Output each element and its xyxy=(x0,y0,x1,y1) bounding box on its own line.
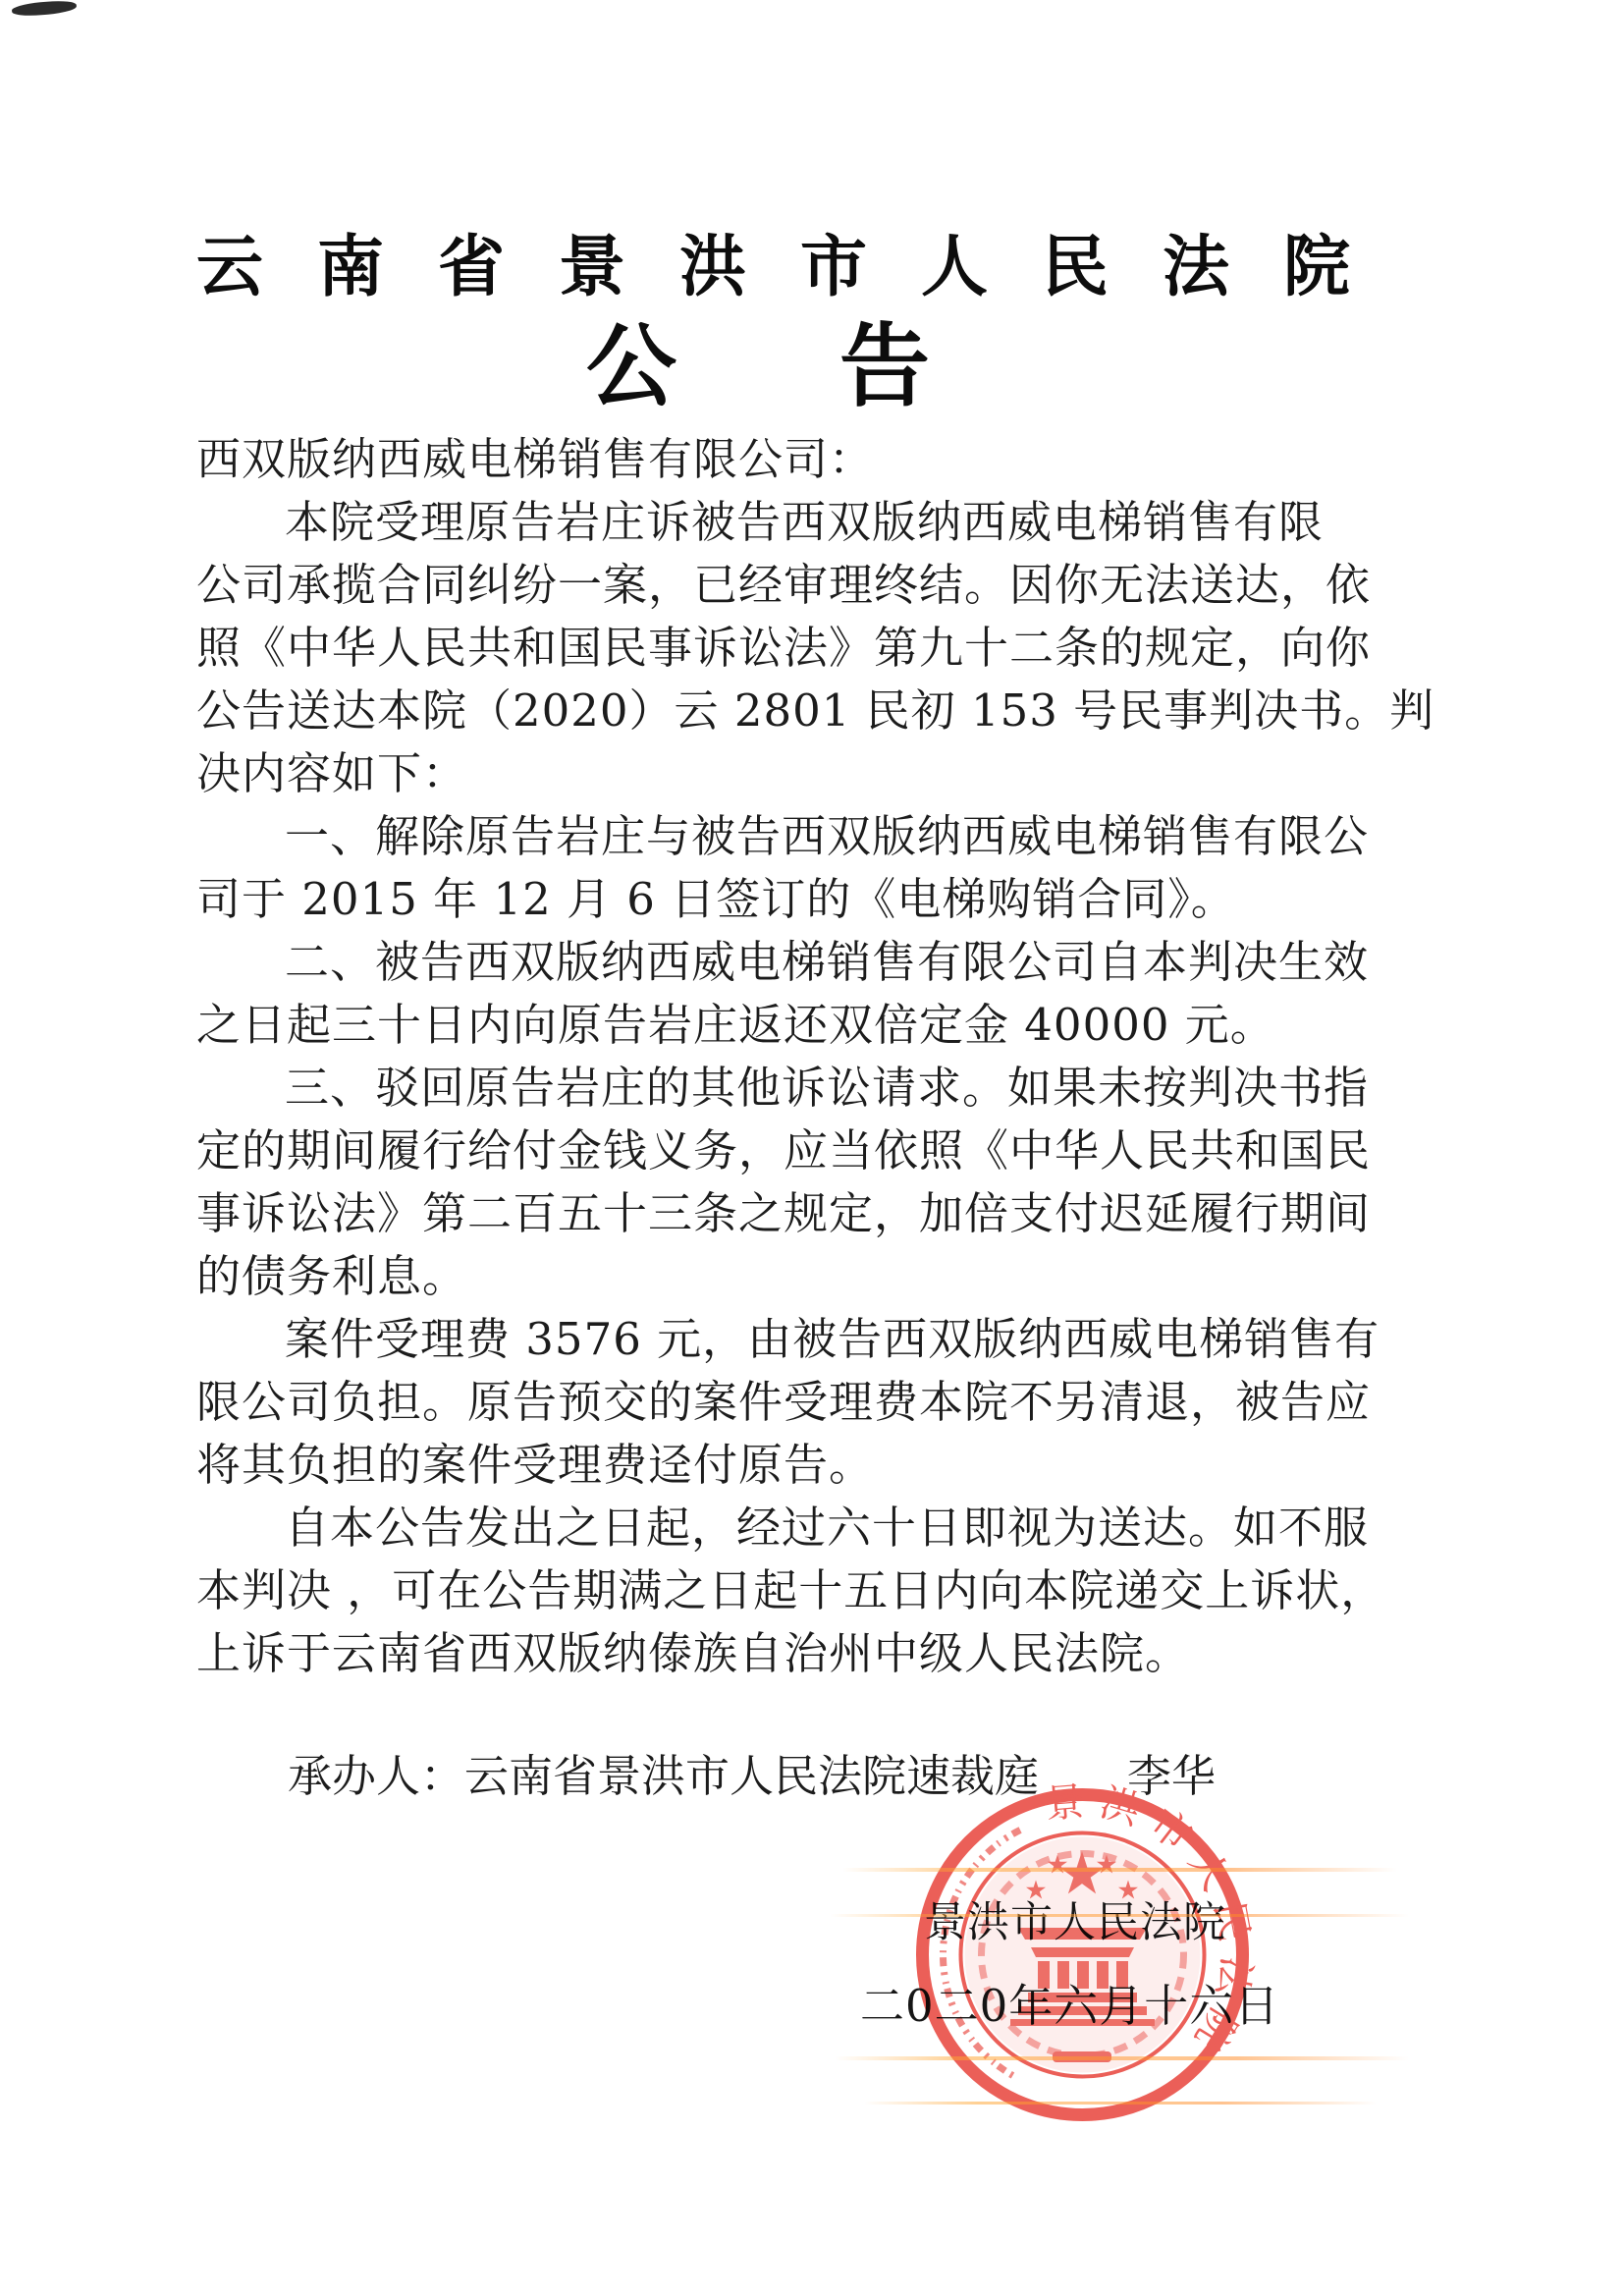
body-line: 三、驳回原告岩庄的其他诉讼请求。如果未按判决书指 xyxy=(196,1057,1340,1120)
body-line: 二、被告西双版纳西威电梯销售有限公司自本判决生效 xyxy=(196,931,1340,994)
scan-ink-smudge xyxy=(12,0,78,18)
body-line: 的债务利息。 xyxy=(196,1245,1340,1308)
body-line: 决内容如下： xyxy=(196,742,1340,805)
national-emblem-icon xyxy=(965,1837,1201,2073)
body-line: 公告送达本院（2020）云 2801 民初 153 号民事判决书。判 xyxy=(196,680,1340,742)
body-line: 司于 2015 年 12 月 6 日签订的《电梯购销合同》。 xyxy=(196,868,1340,931)
recipient-line: 西双版纳西威电梯销售有限公司： xyxy=(196,428,1340,491)
body-line: 事诉讼法》第二百五十三条之规定，加倍支付迟延履行期间 xyxy=(196,1182,1340,1245)
body-line: 公司承揽合同纠纷一案，已经审理终结。因你无法送达，依 xyxy=(196,554,1340,617)
body-line: 本院受理原告岩庄诉被告西双版纳西威电梯销售有限 xyxy=(196,491,1340,554)
body-line: 案件受理费 3576 元，由被告西双版纳西威电梯销售有 xyxy=(196,1308,1340,1371)
body-line: 一、解除原告岩庄与被告西双版纳西威电梯销售有限公 xyxy=(196,805,1340,868)
ribbon-icon xyxy=(1053,2051,1111,2062)
court-seal: 景洪市人民法院 xyxy=(908,1780,1257,2129)
body-line: 自本公告发出之日起，经过六十日即视为送达。如不服 xyxy=(196,1497,1340,1559)
court-notice-page: 云南省景洪市人民法院 公告 西双版纳西威电梯销售有限公司： 本院受理原告岩庄诉被… xyxy=(0,0,1623,2296)
court-seal-graphic: 景洪市人民法院 xyxy=(908,1780,1257,2129)
body-line: 限公司负担。原告预交的案件受理费本院不另清退，被告应 xyxy=(196,1371,1340,1434)
body-line: 照《中华人民共和国民事诉讼法》第九十二条的规定，向你 xyxy=(196,617,1340,680)
notice-title: 公告 xyxy=(586,295,1093,424)
body-line: 上诉于云南省西双版纳傣族自治州中级人民法院。 xyxy=(196,1622,1340,1685)
body-line: 之日起三十日内向原告岩庄返还双倍定金 40000 元。 xyxy=(196,994,1340,1057)
notice-body: 西双版纳西威电梯销售有限公司： 本院受理原告岩庄诉被告西双版纳西威电梯销售有限 … xyxy=(196,428,1340,1685)
body-line: 将其负担的案件受理费迳付原告。 xyxy=(196,1434,1340,1497)
body-line: 本判决 ，可在公告期满之日起十五日内向本院递交上诉状， xyxy=(196,1559,1340,1622)
body-line: 定的期间履行给付金钱义务，应当依照《中华人民共和国民 xyxy=(196,1120,1340,1182)
